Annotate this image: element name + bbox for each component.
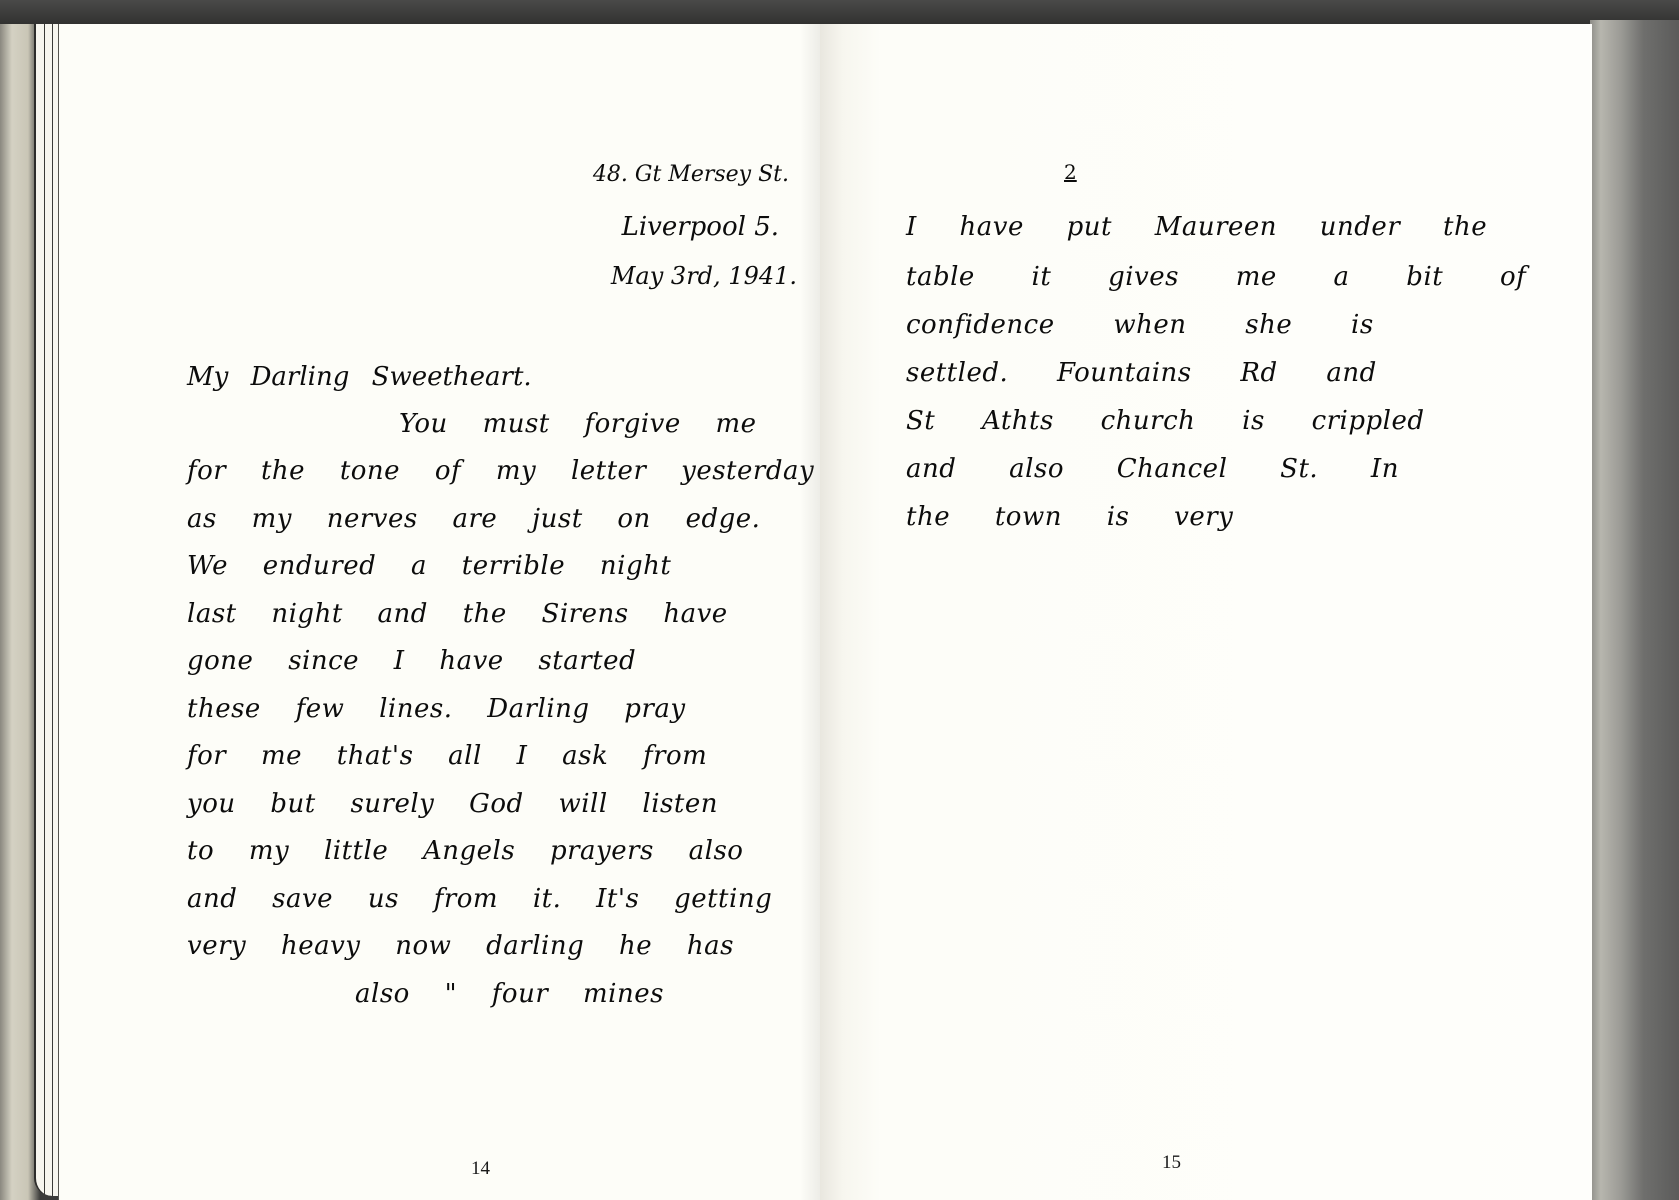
letter-line: You must forgive me: [399, 409, 757, 439]
letter-line: and also Chancel St. In: [906, 454, 1399, 484]
letter-body-left: You must forgive me for the tone of my l…: [187, 24, 807, 1124]
book-cover-right-edge: [1590, 20, 1679, 1200]
letter-line: settled. Fountains Rd and: [906, 358, 1377, 388]
page-number-left: 14: [471, 1158, 490, 1180]
letter-line: the town is very: [906, 502, 1233, 532]
letter-line: table it gives me a bit of: [906, 262, 1526, 292]
letter-line: to my little Angels prayers also: [187, 836, 743, 866]
letter-line: We endured a terrible night: [187, 551, 671, 581]
letter-line: these few lines. Darling pray: [187, 694, 686, 724]
letter-line: St Athts church is crippled: [906, 406, 1425, 436]
scan-top-shadow: [0, 0, 1679, 26]
right-page: 2 I have put Maureen under the table it …: [820, 24, 1592, 1200]
letter-line: you but surely God will listen: [187, 789, 718, 819]
letter-line: very heavy now darling he has: [187, 931, 734, 961]
letter-line: confidence when she is: [906, 310, 1374, 340]
letter-line: as my nerves are just on edge.: [187, 504, 760, 534]
letter-line: last night and the Sirens have: [187, 599, 728, 629]
letter-body-right: I have put Maureen under the table it gi…: [906, 24, 1506, 724]
letter-line: for the tone of my letter yesterday: [187, 456, 814, 486]
page-number-right: 15: [1162, 1152, 1181, 1174]
letter-line: I have put Maureen under the: [906, 212, 1487, 242]
left-page: 48. Gt Mersey St. Liverpool 5. May 3rd, …: [58, 24, 821, 1200]
letter-line: and save us from it. It's getting: [187, 884, 772, 914]
letter-line: also " four mines: [355, 979, 664, 1009]
letter-line: gone since I have started: [187, 646, 636, 676]
letter-line: for me that's all I ask from: [187, 741, 707, 771]
